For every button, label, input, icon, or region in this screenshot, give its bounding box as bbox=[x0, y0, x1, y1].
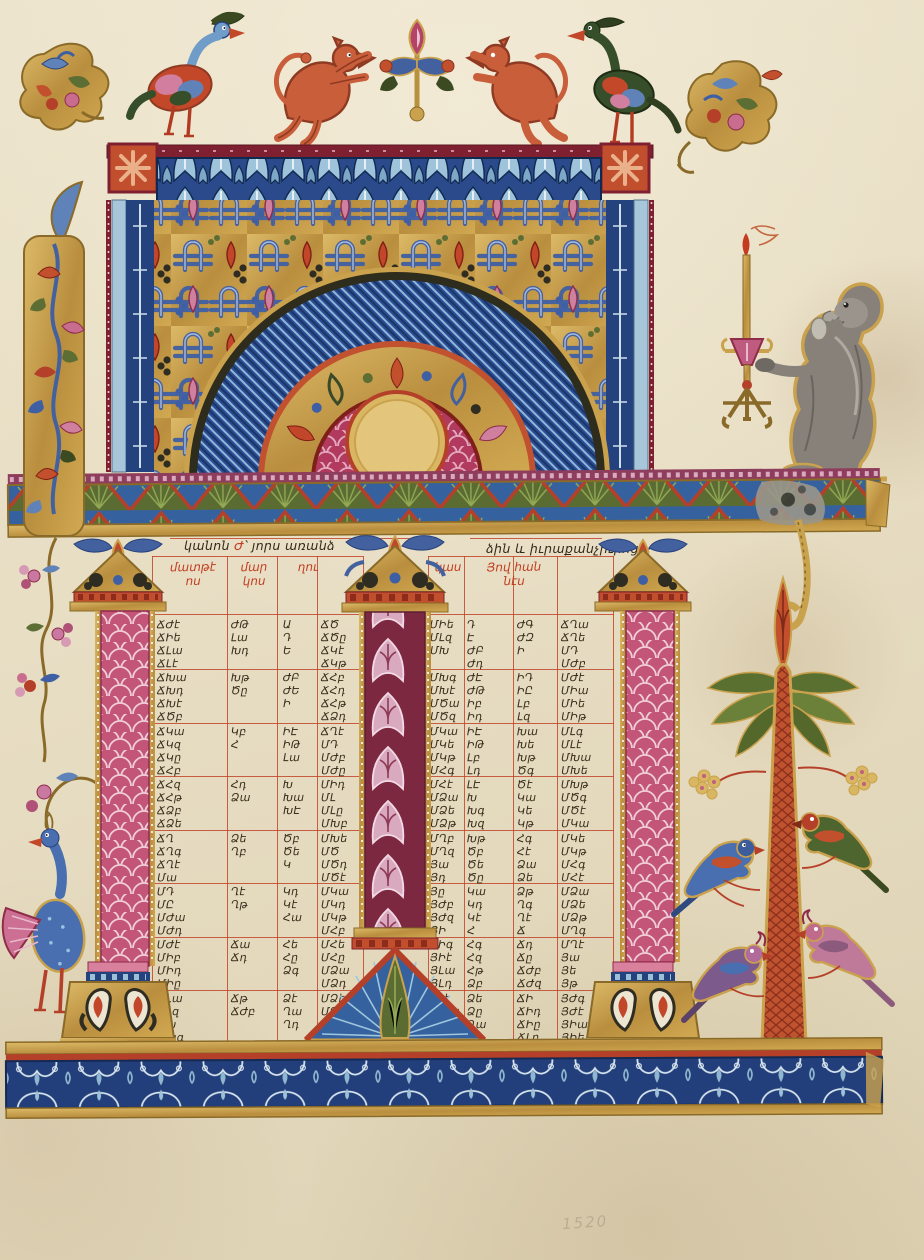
column-right-shaft bbox=[620, 611, 680, 962]
canon-number-cell: ՃԻ ՃԻդ ՃԻը ՃԼբ bbox=[517, 992, 556, 1044]
canon-number-cell: ԺԹ Լա Խդ bbox=[231, 618, 276, 670]
canon-number-cell: ԻԴ ԻԸ Լբ Լզ bbox=[517, 671, 556, 723]
canon-number-cell: Ձթ Ղգ Ղէ Ճ bbox=[517, 885, 556, 937]
canon-number-cell: Ճթ ՃԺբ bbox=[231, 992, 276, 1044]
canon-number-cell: Խթ Ծը bbox=[231, 671, 276, 723]
canon-number-cell: ԺԳ ԺԶ Ի bbox=[517, 618, 556, 670]
column-center bbox=[298, 528, 492, 1050]
canon-number-cell: Ղէ Ղթ bbox=[231, 885, 276, 937]
column-left-base bbox=[60, 962, 176, 1046]
canon-number: Ժ bbox=[234, 538, 244, 553]
bottom-border bbox=[6, 1040, 886, 1120]
table-rule-vertical bbox=[557, 556, 558, 1044]
evangelist-column-label: մար կոս bbox=[230, 560, 278, 589]
canon-number-cell: Ճա Ճդ bbox=[231, 938, 276, 990]
column-center-shaft bbox=[359, 612, 431, 928]
column-left-shaft bbox=[95, 611, 155, 966]
canon-number-cell: Կբ Հ bbox=[231, 725, 276, 777]
table-rule-vertical bbox=[227, 556, 228, 1044]
column-center-base bbox=[298, 928, 492, 1048]
canon-number-cell: Ճդ Ճը ՃԺբ ՃԺզ bbox=[517, 938, 556, 990]
canon-number-cell: Խա Խե Խթ Ծգ bbox=[517, 725, 556, 777]
parrot-blue-icon bbox=[674, 839, 765, 914]
column-left bbox=[60, 534, 176, 1048]
canon-number-cell: Հգ Հէ Ձա Ձե bbox=[517, 831, 556, 883]
table-rule-vertical bbox=[513, 556, 514, 1044]
column-left-capital bbox=[70, 539, 166, 611]
canon-number-cell: Ձե Ղբ bbox=[231, 831, 276, 883]
column-center-capital bbox=[342, 536, 448, 612]
parrot-pink-icon bbox=[795, 910, 892, 1004]
table-rule-vertical bbox=[277, 556, 278, 1044]
palm-tree-illustration bbox=[680, 520, 900, 1052]
canon-number-cell: Ծէ Կա Կե Կթ bbox=[517, 778, 556, 830]
palm-flower-cluster-left bbox=[689, 770, 766, 799]
canon-title-word: կանոն bbox=[184, 538, 230, 553]
parrot-purple-icon bbox=[684, 932, 773, 1020]
palm-flower-cluster-right bbox=[798, 766, 877, 795]
column-right-capital bbox=[595, 539, 691, 611]
parrot-green-icon bbox=[791, 813, 886, 890]
canon-number-cell: Հդ Ձա bbox=[231, 778, 276, 830]
bottom-border-scroll-band bbox=[6, 1057, 882, 1109]
canon-table-page: կանոն Ժ՝ յորս առանձ ձին և իւրաքանչիւրոցն… bbox=[0, 0, 924, 1260]
